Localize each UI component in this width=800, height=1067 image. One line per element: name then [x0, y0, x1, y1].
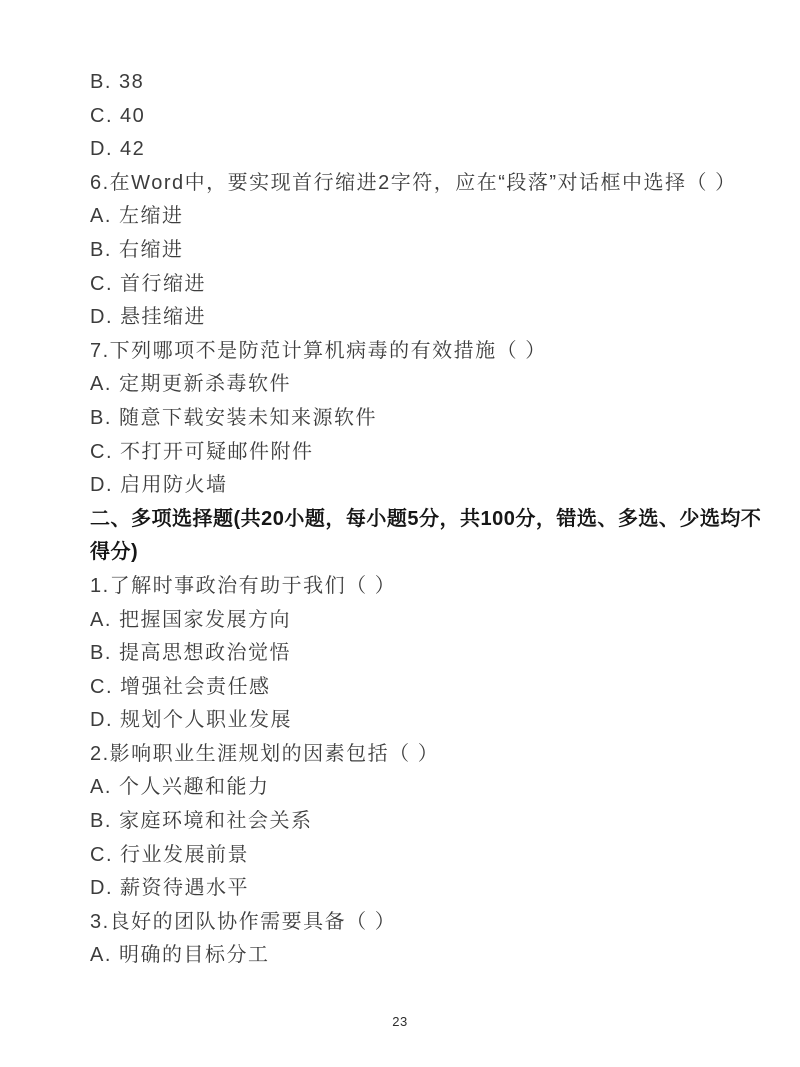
answer-option-line: D. 悬挂缩进 — [90, 301, 730, 335]
answer-option-line: C. 增强社会责任感 — [90, 671, 730, 705]
question-line-2: 2.影响职业生涯规划的因素包括（ ） — [90, 738, 730, 772]
answer-option-line: C. 首行缩进 — [90, 268, 730, 302]
answer-option-line: B. 家庭环境和社会关系 — [90, 805, 730, 839]
exam-document-page: B. 38 C. 40 D. 42 6.在Word中，要实现首行缩进2字符，应在… — [0, 0, 800, 1067]
question-line-6: 6.在Word中，要实现首行缩进2字符，应在“段落”对话框中选择（ ） — [90, 167, 730, 201]
answer-option-line: A. 明确的目标分工 — [90, 939, 730, 973]
answer-option-line: C. 行业发展前景 — [90, 839, 730, 873]
answer-option-line: B. 38 — [90, 66, 730, 100]
answer-option-line: A. 个人兴趣和能力 — [90, 771, 730, 805]
answer-option-line: A. 定期更新杀毒软件 — [90, 368, 730, 402]
page-number: 23 — [0, 1014, 800, 1029]
section-heading-line-2: 得分) — [90, 536, 730, 570]
answer-option-line: D. 42 — [90, 133, 730, 167]
document-body: B. 38 C. 40 D. 42 6.在Word中，要实现首行缩进2字符，应在… — [90, 66, 730, 973]
answer-option-line: B. 随意下载安装未知来源软件 — [90, 402, 730, 436]
answer-option-line: D. 规划个人职业发展 — [90, 704, 730, 738]
answer-option-line: C. 40 — [90, 100, 730, 134]
question-line-3: 3.良好的团队协作需要具备（ ） — [90, 906, 730, 940]
question-line-7: 7.下列哪项不是防范计算机病毒的有效措施（ ） — [90, 335, 730, 369]
answer-option-line: B. 提高思想政治觉悟 — [90, 637, 730, 671]
answer-option-line: A. 把握国家发展方向 — [90, 604, 730, 638]
section-heading-line-1: 二、多项选择题(共20小题，每小题5分，共100分，错选、多选、少选均不 — [90, 503, 730, 537]
answer-option-line: D. 薪资待遇水平 — [90, 872, 730, 906]
answer-option-line: B. 右缩进 — [90, 234, 730, 268]
answer-option-line: C. 不打开可疑邮件附件 — [90, 436, 730, 470]
answer-option-line: A. 左缩进 — [90, 200, 730, 234]
answer-option-line: D. 启用防火墙 — [90, 469, 730, 503]
question-line-1: 1.了解时事政治有助于我们（ ） — [90, 570, 730, 604]
